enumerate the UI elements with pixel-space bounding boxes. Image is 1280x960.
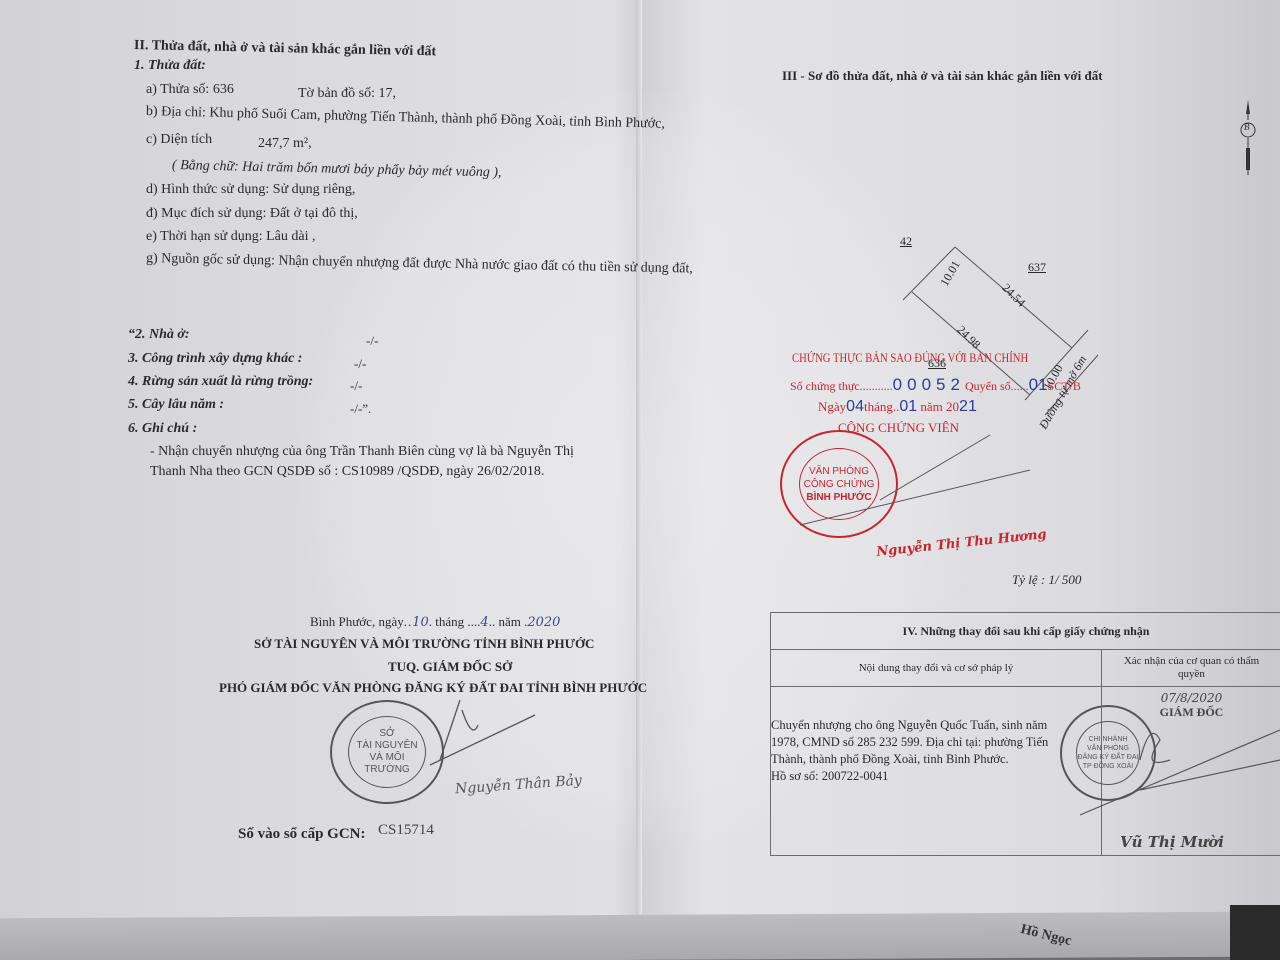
item-construction-label: 3. Công trình xây dựng khác : bbox=[128, 351, 302, 367]
item-construction-value: -/- bbox=[354, 356, 366, 372]
map-sheet-number: Tờ bản đồ số: 17, bbox=[298, 86, 396, 102]
changes-entry-line-4: Hồ sơ số: 200722-0041 bbox=[771, 768, 1101, 785]
item-perennial-value: -/-”. bbox=[350, 401, 371, 417]
notary-line-1: CHỨNG THỰC BẢN SAO ĐÚNG VỚI BẢN CHÍNH bbox=[792, 350, 1028, 366]
notes-heading: 6. Ghi chú : bbox=[128, 421, 197, 437]
usage-form: d) Hình thức sử dụng: Sử dụng riêng, bbox=[146, 182, 355, 198]
changes-entry-line-1: Chuyển nhượng cho ông Nguyễn Quốc Tuấn, … bbox=[771, 717, 1101, 734]
changes-entry-line-2: 1978, CMND số 285 232 599. Địa chỉ tại: … bbox=[771, 734, 1101, 751]
notary-date-row: Ngày04tháng..01 năm 2021 bbox=[818, 398, 977, 416]
registry-label: Số vào sổ cấp GCN: bbox=[238, 826, 366, 843]
map-neighbor-top: 42 bbox=[900, 234, 912, 249]
notary-date-year: 21 bbox=[959, 398, 977, 415]
notary-date-month: 01 bbox=[899, 398, 917, 415]
issue-date: Bình Phước, ngày..10. tháng ....4.. năm … bbox=[310, 614, 560, 630]
usage-term: e) Thời hạn sử dụng: Lâu dài , bbox=[146, 229, 315, 245]
notary-date-day: 04 bbox=[846, 398, 864, 415]
area-value: 247,7 m², bbox=[258, 136, 312, 152]
section-iii-title: III - Sơ đồ thửa đất, nhà ở và tài sản k… bbox=[782, 68, 1103, 84]
north-arrow-icon: B bbox=[1240, 100, 1256, 180]
confirm-signer: Vũ Thị Mười bbox=[1120, 833, 1224, 851]
notes-line-1: - Nhận chuyển nhượng của ông Trần Thanh … bbox=[150, 444, 574, 460]
notes-line-2: Thanh Nha theo GCN QSDĐ số : CS10989 /QS… bbox=[150, 464, 544, 480]
item-house-label: “2. Nhà ở: bbox=[128, 327, 190, 343]
land-office-signature-mark bbox=[1080, 700, 1280, 820]
notary-date-label: Ngày bbox=[818, 399, 846, 414]
notary-cert-label: Số chứng thực bbox=[790, 379, 860, 393]
land-heading: 1. Thửa đất: bbox=[134, 58, 206, 74]
item-house-value: -/- bbox=[366, 333, 378, 349]
issue-date-day: 10 bbox=[412, 615, 429, 630]
notary-cert-number: 00052 bbox=[893, 375, 965, 394]
notary-cert-row: Số chứng thực...........00052Quyển số...… bbox=[790, 375, 1081, 395]
item-forest-label: 4. Rừng sản xuất là rừng trồng: bbox=[128, 374, 313, 390]
issue-date-place: Bình Phước, ngày bbox=[310, 614, 404, 629]
parcel-number: a) Thửa số: 636 bbox=[146, 82, 234, 98]
map-neighbor-right: 637 bbox=[1028, 260, 1046, 275]
background-edge bbox=[1230, 905, 1280, 960]
notary-month-label: tháng bbox=[864, 399, 893, 414]
changes-col1-header: Nội dung thay đổi và cơ sở pháp lý bbox=[771, 650, 1102, 687]
notary-book-label: Quyển số bbox=[965, 379, 1011, 393]
changes-entry: Chuyển nhượng cho ông Nguyễn Quốc Tuấn, … bbox=[771, 687, 1102, 856]
signature-mark bbox=[400, 690, 540, 770]
page-fold bbox=[636, 0, 642, 925]
notary-signature-mark bbox=[790, 430, 1050, 530]
issuer-line-2: TUQ. GIÁM ĐỐC SỞ bbox=[388, 659, 512, 675]
registry-value: CS15714 bbox=[378, 822, 434, 839]
notary-book-number: 01 bbox=[1029, 375, 1048, 394]
notary-book-suffix: SCT/B bbox=[1048, 379, 1081, 393]
issue-date-year-label: năm bbox=[498, 614, 520, 629]
map-scale: Tỷ lệ : 1/ 500 bbox=[1012, 572, 1081, 588]
issue-date-month: 4 bbox=[480, 615, 488, 630]
issuer-line-1: SỞ TÀI NGUYÊN VÀ MÔI TRƯỜNG TỈNH BÌNH PH… bbox=[254, 636, 594, 652]
changes-col2-header: Xác nhận của cơ quan có thẩm quyền bbox=[1102, 650, 1280, 687]
compass-letter: B bbox=[1244, 122, 1250, 132]
item-perennial-label: 5. Cây lâu năm : bbox=[128, 397, 224, 413]
issue-date-year: 2020 bbox=[527, 615, 560, 630]
changes-entry-line-3: Thành, thành phố Đồng Xoài, tỉnh Bình Ph… bbox=[771, 751, 1101, 768]
usage-purpose: đ) Mục đích sử dụng: Đất ở tại đô thị, bbox=[146, 206, 358, 222]
item-forest-value: -/- bbox=[350, 378, 362, 394]
notary-year-label: năm 20 bbox=[920, 399, 959, 414]
stamp-line-1: SỞ bbox=[379, 728, 394, 740]
changes-table-title: IV. Những thay đổi sau khi cấp giấy chứn… bbox=[771, 613, 1280, 650]
issue-date-month-label: tháng bbox=[435, 614, 464, 629]
area-label: c) Diện tích bbox=[146, 132, 212, 148]
